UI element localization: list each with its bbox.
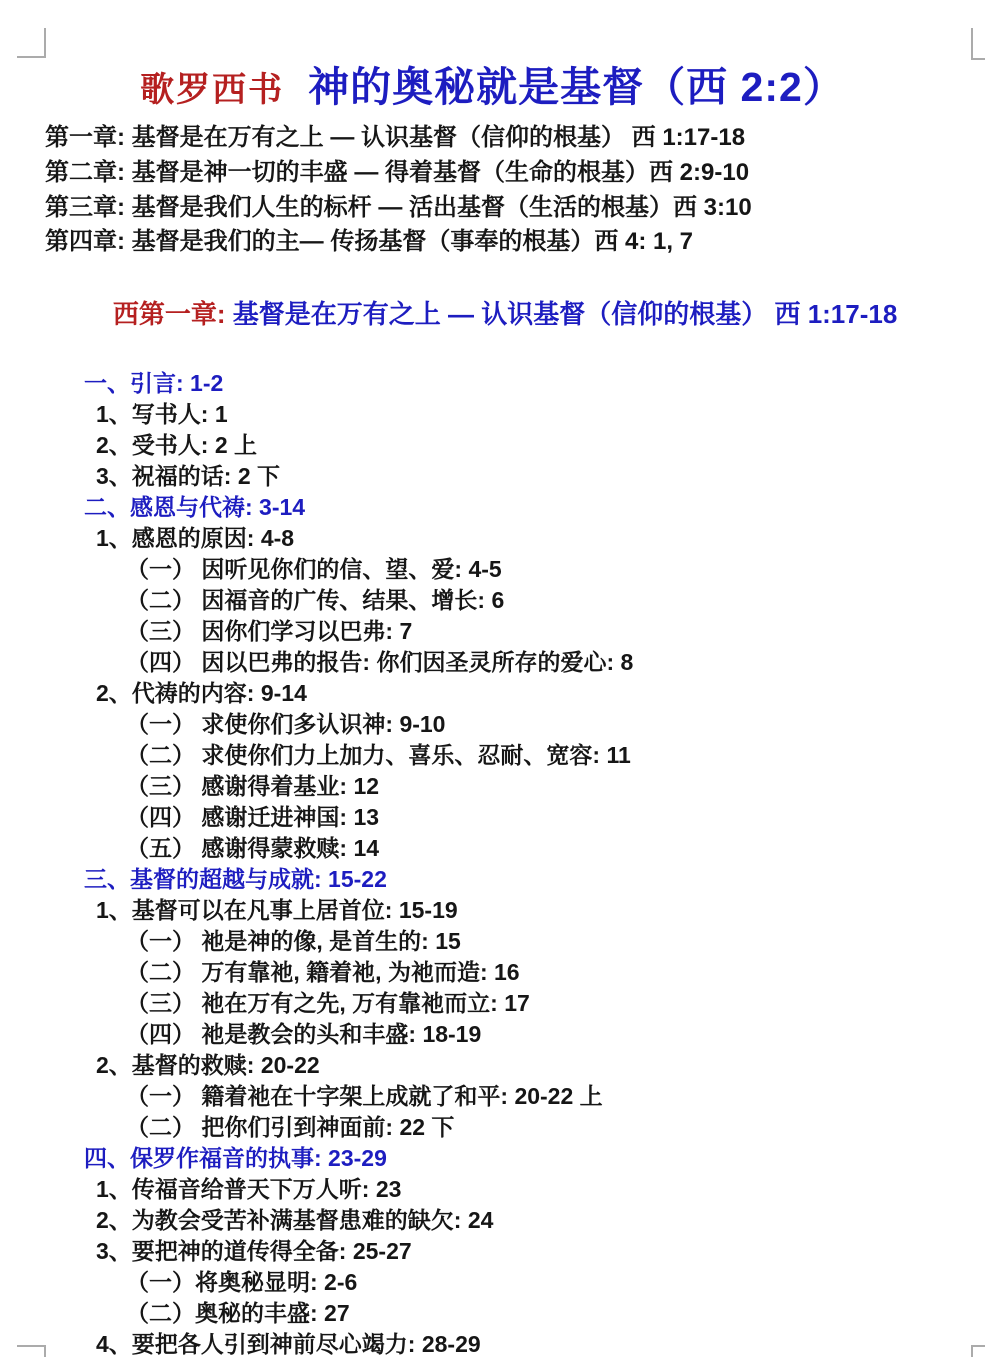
outline-subitem: （三） 感谢得着基业: 12 — [126, 771, 985, 802]
outline-item: 4、要把各人引到神前尽心竭力: 28-29 — [96, 1329, 985, 1357]
outline-subitem: （三） 祂在万有之先, 万有靠祂而立: 17 — [126, 988, 985, 1019]
outline-subitem: （五） 感谢得蒙救赎: 14 — [126, 833, 985, 864]
outline-item: 2、受书人: 2 上 — [96, 430, 985, 461]
outline-subitem: （一） 求使你们多认识神: 9-10 — [126, 709, 985, 740]
outline-subitem: （四） 感谢迁进神国: 13 — [126, 802, 985, 833]
outline-subitem: （一）将奥秘显明: 2-6 — [126, 1267, 985, 1298]
section-header-label: 西第一章: — [113, 299, 233, 329]
chapter-overview-line: 第三章: 基督是我们人生的标杆 — 活出基督（生活的根基）西 3:10 — [45, 191, 985, 226]
outline-subitem: （三） 因你们学习以巴弗: 7 — [126, 616, 985, 647]
outline-item: 1、写书人: 1 — [96, 399, 985, 430]
outline-item: 2、为教会受苦补满基督患难的缺欠: 24 — [96, 1205, 985, 1236]
page-title: 神的奥秘就是基督（西 2:2） — [308, 54, 845, 113]
chapter-overview-list: 第一章: 基督是在万有之上 — 认识基督（信仰的根基） 西 1:17-18第二章… — [45, 121, 985, 260]
document-title-row: 歌罗西书 神的奥秘就是基督（西 2:2） — [0, 0, 985, 113]
outline-subitem: （四） 祂是教会的头和丰盛: 18-19 — [126, 1019, 985, 1050]
page-corner-mark-bottom-left — [17, 1345, 46, 1357]
outline-item: 3、要把神的道传得全备: 25-27 — [96, 1236, 985, 1267]
outline-item: 1、感恩的原因: 4-8 — [96, 523, 985, 554]
book-name: 歌罗西书 — [140, 62, 284, 111]
outline-list: 一、引言: 1-21、写书人: 12、受书人: 2 上3、祝福的话: 2 下二、… — [0, 368, 985, 1357]
outline-heading: 四、保罗作福音的执事: 23-29 — [84, 1143, 985, 1174]
section-header-title: 基督是在万有之上 — 认识基督（信仰的根基） 西 1:17-18 — [233, 299, 898, 329]
outline-subitem: （一） 籍着祂在十字架上成就了和平: 20-22 上 — [126, 1081, 985, 1112]
outline-heading: 二、感恩与代祷: 3-14 — [84, 492, 985, 523]
outline-subitem: （二） 把你们引到神面前: 22 下 — [126, 1112, 985, 1143]
page-corner-mark-top-left — [17, 28, 46, 58]
outline-item: 1、基督可以在凡事上居首位: 15-19 — [96, 895, 985, 926]
outline-subitem: （二） 万有靠祂, 籍着祂, 为祂而造: 16 — [126, 957, 985, 988]
outline-subitem: （四） 因以巴弗的报告: 你们因圣灵所存的爱心: 8 — [126, 647, 985, 678]
outline-subitem: （二） 求使你们力上加力、喜乐、忍耐、宽容: 11 — [126, 740, 985, 771]
chapter-overview-line: 第四章: 基督是我们的主— 传扬基督（事奉的根基）西 4: 1, 7 — [45, 225, 985, 260]
chapter-overview-line: 第二章: 基督是神一切的丰盛 — 得着基督（生命的根基）西 2:9-10 — [45, 156, 985, 191]
outline-item: 3、祝福的话: 2 下 — [96, 461, 985, 492]
outline-subitem: （二） 因福音的广传、结果、增长: 6 — [126, 585, 985, 616]
outline-heading: 一、引言: 1-2 — [84, 368, 985, 399]
page-corner-mark-bottom-right — [971, 1345, 985, 1357]
outline-heading: 三、基督的超越与成就: 15-22 — [84, 864, 985, 895]
outline-item: 1、传福音给普天下万人听: 23 — [96, 1174, 985, 1205]
outline-subitem: （一） 祂是神的像, 是首生的: 15 — [126, 926, 985, 957]
outline-item: 2、代祷的内容: 9-14 — [96, 678, 985, 709]
page-corner-mark-top-right — [971, 28, 985, 60]
outline-subitem: （一） 因听见你们的信、望、爱: 4-5 — [126, 554, 985, 585]
chapter-overview-line: 第一章: 基督是在万有之上 — 认识基督（信仰的根基） 西 1:17-18 — [45, 121, 985, 156]
outline-subitem: （二）奥秘的丰盛: 27 — [126, 1298, 985, 1329]
document-page: 歌罗西书 神的奥秘就是基督（西 2:2） 第一章: 基督是在万有之上 — 认识基… — [0, 0, 985, 1357]
outline-item: 2、基督的救赎: 20-22 — [96, 1050, 985, 1081]
section-header: 西第一章: 基督是在万有之上 — 认识基督（信仰的根基） 西 1:17-18 — [84, 263, 985, 365]
